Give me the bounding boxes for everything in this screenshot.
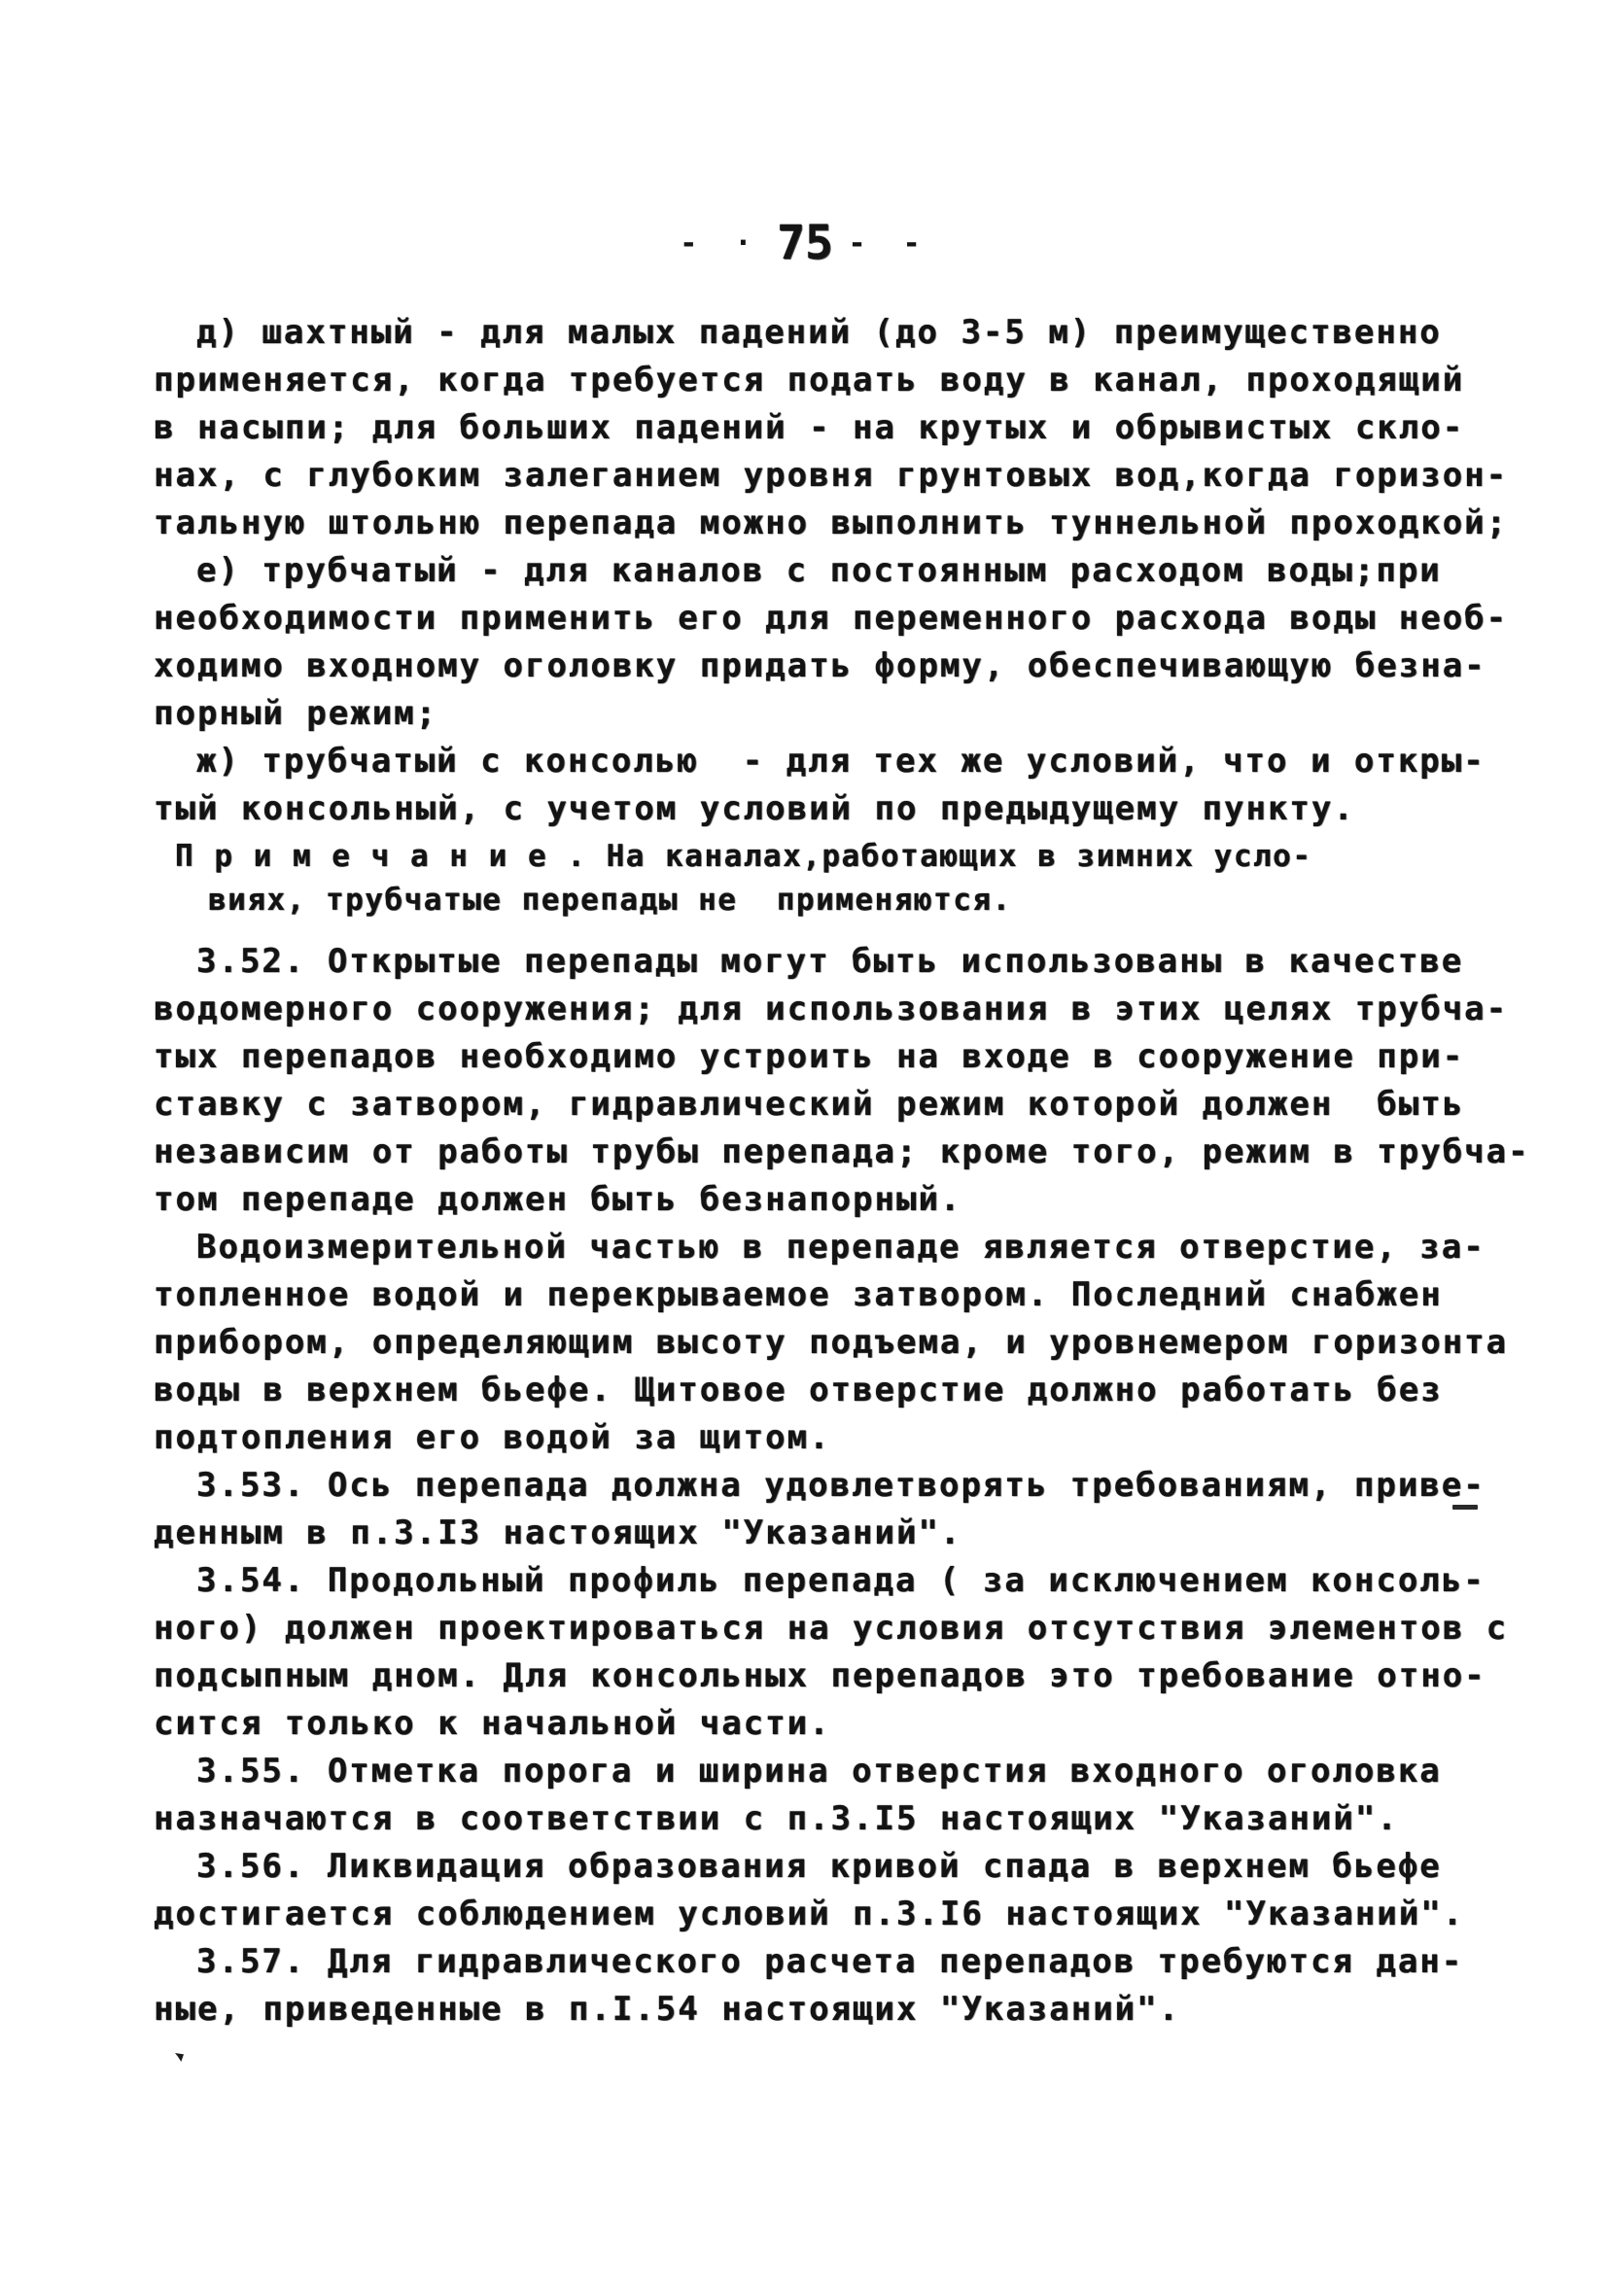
text-line: подтопления его водой за щитом. — [154, 1414, 1505, 1462]
text-line: ные, приведенные в п.I.54 настоящих "Ука… — [154, 1986, 1505, 2034]
paragraph-item: д) шахтный - для малых падений (до 3-5 м… — [154, 309, 1505, 547]
text-line: денным в п.3.I3 настоящих "Указаний". — [154, 1510, 1505, 1557]
text-line: нах, с глубоким залеганием уровня грунто… — [154, 452, 1505, 500]
paragraph-section: 3.54. Продольный профиль перепада ( за и… — [154, 1557, 1505, 1748]
text-line: прибором, определяющим высоту подъема, и… — [154, 1319, 1505, 1367]
scan-artifact-dash — [1452, 1505, 1478, 1510]
text-line: порный режим; — [154, 690, 1505, 738]
text-line: 3.54. Продольный профиль перепада ( за и… — [154, 1557, 1505, 1605]
text-line: необходимости применить его для переменн… — [154, 595, 1505, 643]
paragraph-section: 3.56. Ликвидация образования кривой спад… — [154, 1843, 1505, 1938]
text-line: применяется, когда требуется подать воду… — [154, 357, 1505, 404]
text-line: 3.56. Ликвидация образования кривой спад… — [154, 1843, 1505, 1891]
paragraph-body: Водоизмерительной частью в перепаде явля… — [154, 1224, 1505, 1462]
text-line: 3.57. Для гидравлического расчета перепа… — [154, 1938, 1505, 1986]
text-line: сится только к начальной части. — [154, 1700, 1505, 1748]
text-line: Водоизмерительной частью в перепаде явля… — [154, 1224, 1505, 1271]
text-line: тый консольный, с учетом условий по пред… — [154, 785, 1505, 833]
text-line: ного) должен проектироваться на условия … — [154, 1605, 1505, 1652]
paragraph-item: е) трубчатый - для каналов с постоянным … — [154, 547, 1505, 738]
text-line: 3.52. Открытые перепады могут быть испол… — [154, 938, 1505, 986]
text-line: тальную штольню перепада можно выполнить… — [154, 500, 1505, 547]
document-page: - · 75 - - д) шахтный - для малых падени… — [0, 0, 1608, 2296]
paragraph-section: 3.53. Ось перепада должна удовлетворять … — [154, 1462, 1505, 1557]
text-line: е) трубчатый - для каналов с постоянным … — [154, 547, 1505, 595]
page-number-suffix-dashes: - - — [849, 226, 930, 261]
page-number: - · 75 - - — [154, 216, 1456, 270]
text-line: П р и м е ч а н и е . На каналах,работаю… — [154, 835, 1505, 879]
text-line: виях, трубчатые перепады не применяются. — [154, 879, 1505, 922]
paragraph-item: ж) трубчатый с консолью - для тех же усл… — [154, 738, 1505, 833]
text-line: д) шахтный - для малых падений (до 3-5 м… — [154, 309, 1505, 357]
text-line: назначаются в соответствии с п.3.I5 наст… — [154, 1795, 1505, 1843]
text-line: воды в верхнем бьефе. Щитовое отверстие … — [154, 1367, 1505, 1414]
paragraph-section: 3.52. Открытые перепады могут быть испол… — [154, 938, 1505, 1224]
page-number-prefix-dashes: - · — [680, 226, 761, 261]
scan-artifact-speck — [175, 2053, 184, 2062]
text-line: подсыпным дном. Для консольных перепадов… — [154, 1652, 1505, 1700]
text-line: в насыпи; для больших падений - на круты… — [154, 404, 1505, 452]
text-line: топленное водой и перекрываемое затвором… — [154, 1271, 1505, 1319]
text-line: тых перепадов необходимо устроить на вхо… — [154, 1033, 1505, 1081]
paragraph-section: 3.55. Отметка порога и ширина отверстия … — [154, 1748, 1505, 1843]
paragraph-note: П р и м е ч а н и е . На каналах,работаю… — [154, 835, 1505, 922]
text-line: достигается соблюдением условий п.3.I6 н… — [154, 1891, 1505, 1938]
text-line: 3.55. Отметка порога и ширина отверстия … — [154, 1748, 1505, 1795]
text-line: ставку с затвором, гидравлический режим … — [154, 1081, 1505, 1129]
page-number-value: 75 — [777, 216, 833, 270]
document-text-block: д) шахтный - для малых падений (до 3-5 м… — [154, 309, 1505, 2034]
text-line: ж) трубчатый с консолью - для тех же усл… — [154, 738, 1505, 785]
text-line: том перепаде должен быть безнапорный. — [154, 1176, 1505, 1224]
text-line: водомерного сооружения; для использовани… — [154, 986, 1505, 1033]
text-line: независим от работы трубы перепада; кром… — [154, 1129, 1505, 1176]
text-line: 3.53. Ось перепада должна удовлетворять … — [154, 1462, 1505, 1510]
paragraph-section: 3.57. Для гидравлического расчета перепа… — [154, 1938, 1505, 2034]
text-line: ходимо входному оголовку придать форму, … — [154, 643, 1505, 690]
